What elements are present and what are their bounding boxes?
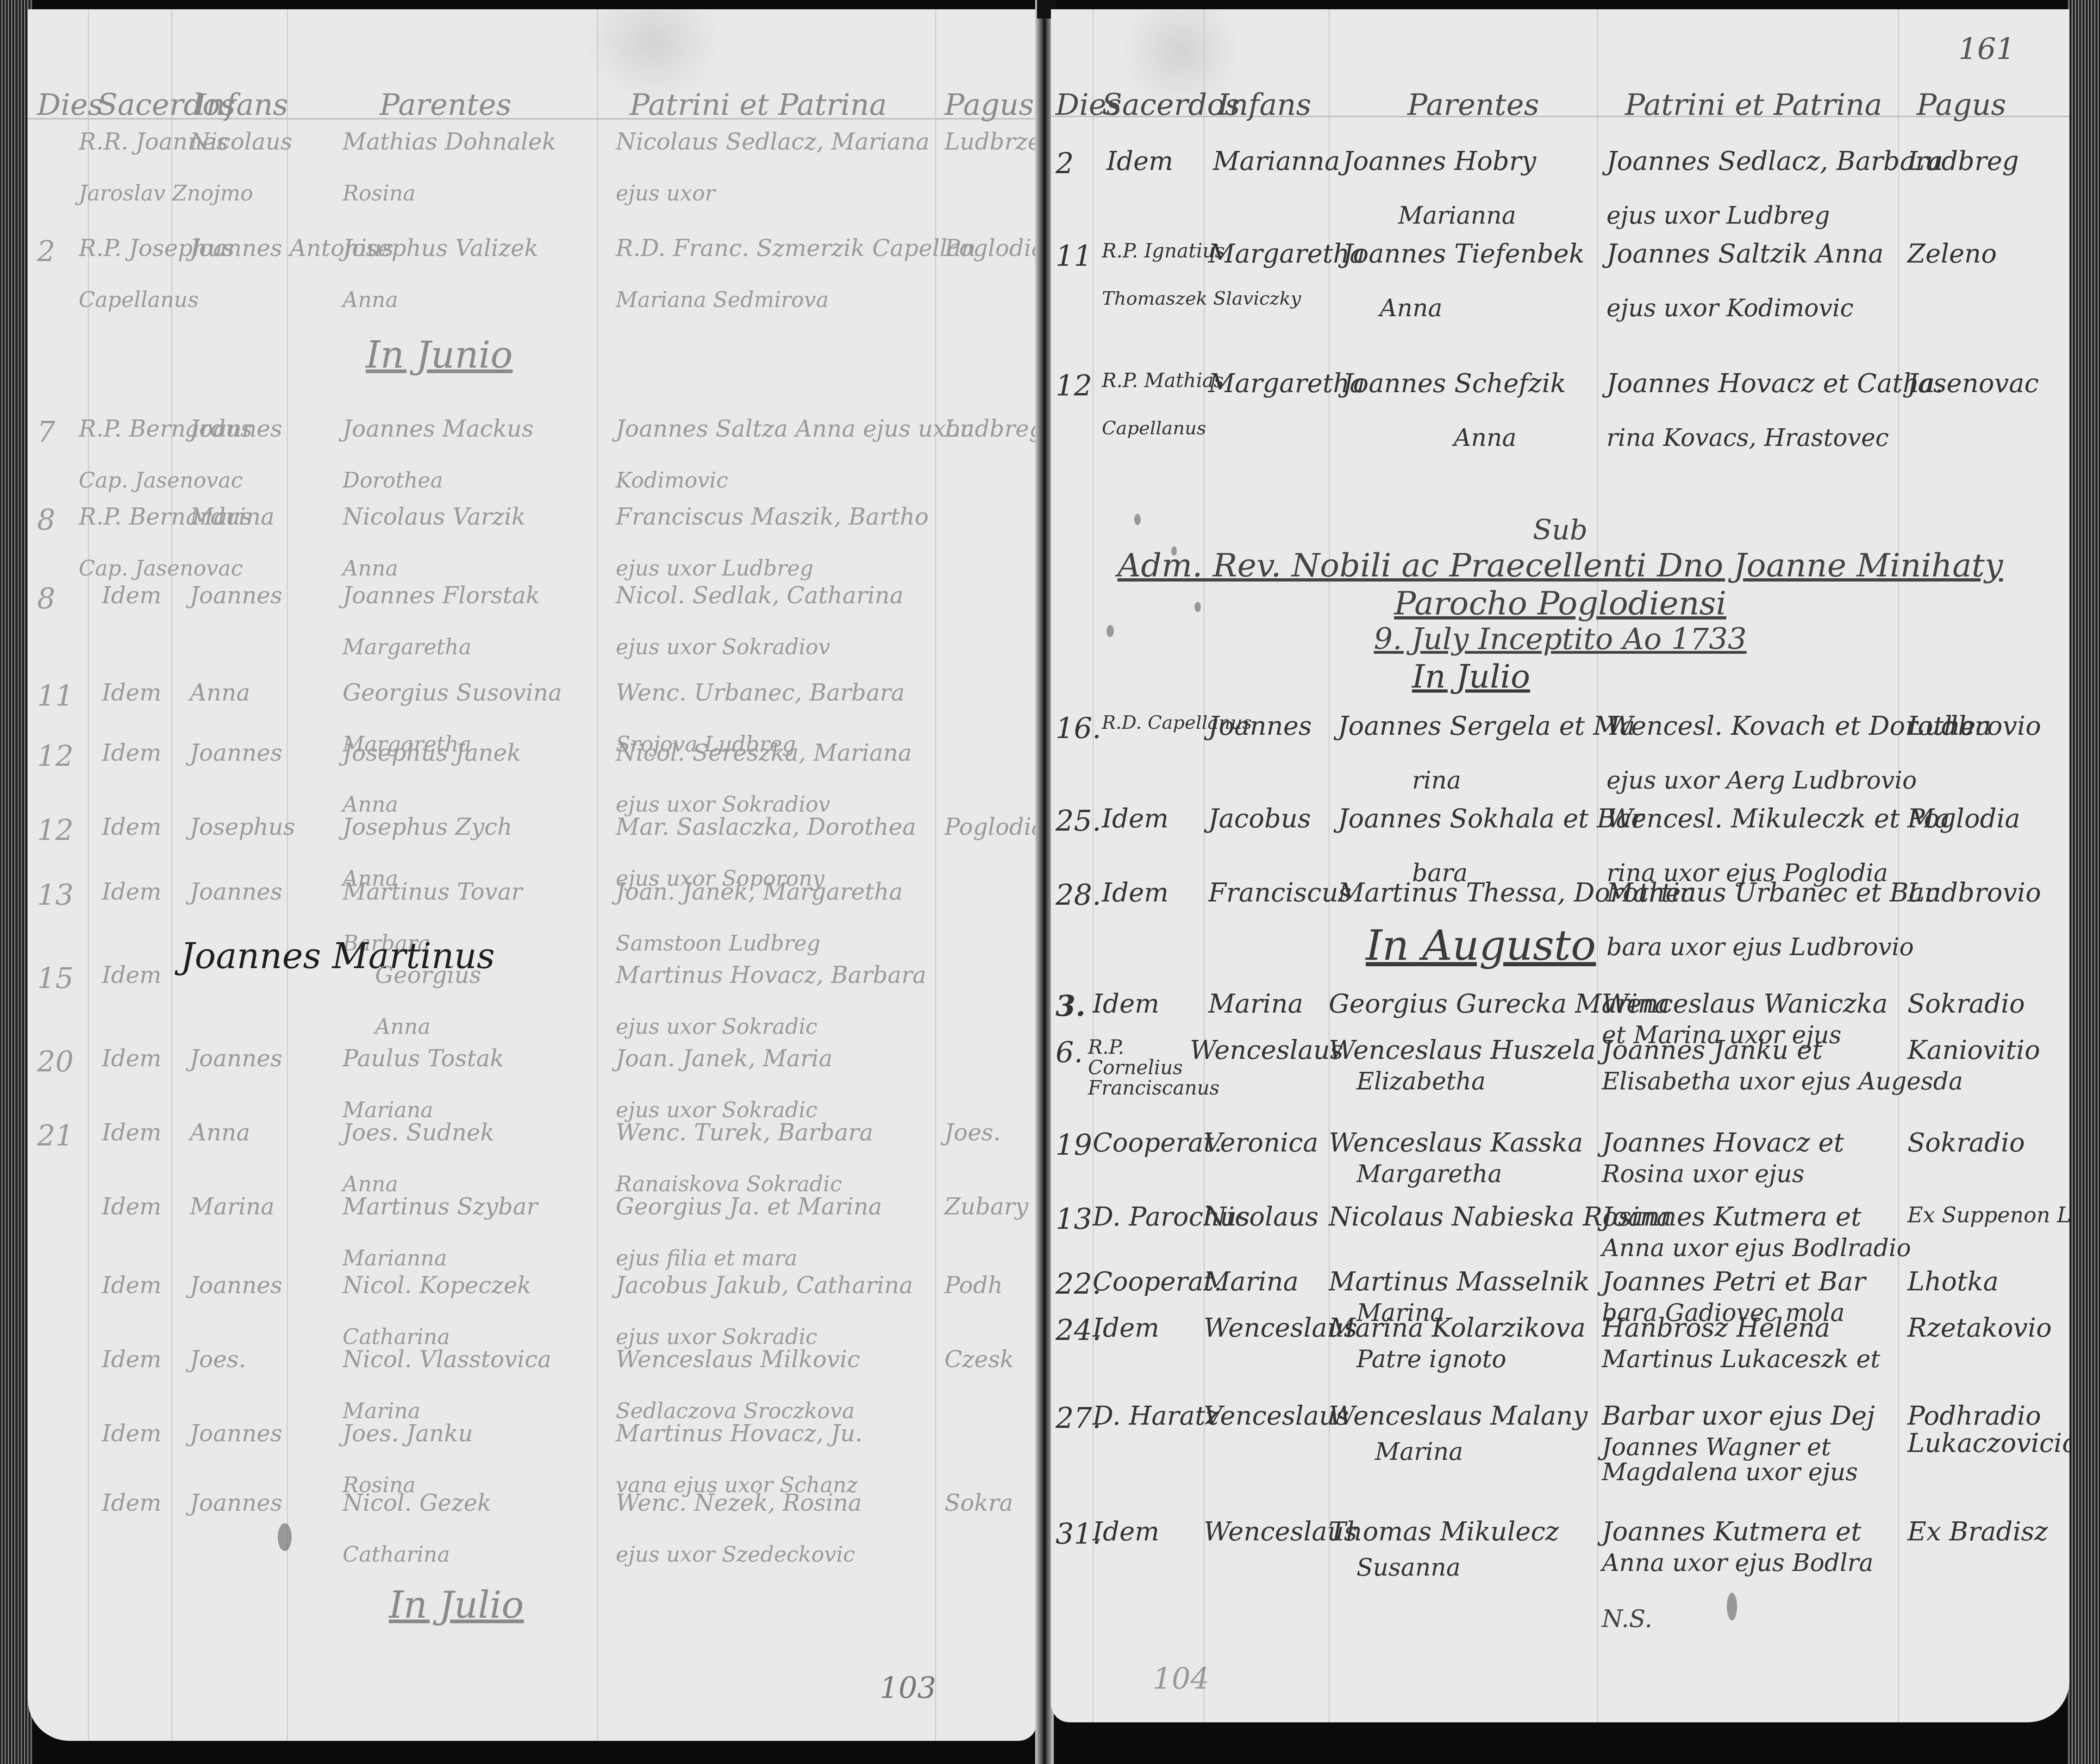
priest: Idem bbox=[102, 1046, 162, 1071]
village: Ludbreg bbox=[1907, 148, 2019, 175]
sponsors: Joannes Saltzik Annaejus uxor Kodimovic bbox=[1606, 241, 1884, 321]
priest: Idem bbox=[102, 681, 162, 705]
priest: Idem bbox=[102, 1195, 162, 1219]
priest: Idem bbox=[102, 963, 162, 988]
infant-name: Joannes bbox=[190, 583, 282, 608]
sponsors: Joannes Sedlacz, Barbaraejus uxor Ludbre… bbox=[1606, 148, 1943, 228]
day: 28. bbox=[1056, 880, 1101, 910]
priest: Cooperat. bbox=[1093, 1269, 1222, 1296]
day: 8 bbox=[37, 583, 55, 613]
parents: Joannes MackusDorothea bbox=[343, 417, 534, 491]
parents: Joannes Sokhala et Barbara bbox=[1338, 806, 1644, 886]
parents: Joes. SudnekAnna bbox=[343, 1120, 494, 1195]
register-spread: Dies Sacerdos Infans Parentes Patrini et… bbox=[0, 0, 2100, 1764]
priest: R.P. Cornelius Franciscanus bbox=[1088, 1037, 1181, 1098]
infant-name: Joannes bbox=[190, 1273, 282, 1298]
sponsors: Martinus Hovacz, Barbaraejus uxor Sokrad… bbox=[616, 963, 926, 1038]
day: 12 bbox=[1056, 370, 1092, 400]
page-number: 161 bbox=[1958, 32, 2015, 67]
priest: Idem bbox=[102, 583, 162, 608]
day: 15 bbox=[37, 963, 74, 993]
day: 25. bbox=[1056, 806, 1101, 836]
parents: Joannes HobryMarianna bbox=[1343, 148, 1536, 228]
notice-line-date: 9. July Inceptito Ao 1733 bbox=[1079, 622, 2042, 657]
priest: D. Haratz bbox=[1093, 1403, 1219, 1430]
day: 19 bbox=[1056, 1130, 1092, 1160]
sponsors: Joannes Kutmera etAnna uxor ejus Bodlra bbox=[1602, 1519, 1873, 1576]
priest: Idem bbox=[102, 1491, 162, 1515]
priest: Idem bbox=[102, 1421, 162, 1446]
infant-name: Jacobus bbox=[1208, 806, 1311, 833]
village: Sokradio bbox=[1907, 991, 2025, 1018]
parents: Joes. JankuRosina bbox=[343, 1421, 473, 1496]
priest: Cooperat. bbox=[1093, 1130, 1222, 1157]
infant-name: Joannes bbox=[1208, 713, 1312, 740]
month-heading: In Julio bbox=[389, 1583, 524, 1626]
day: 2 bbox=[1056, 148, 1074, 178]
infant-name: Margaretha bbox=[1208, 370, 1365, 398]
sponsors: Wenc. Turek, BarbaraRanaiskova Sokradic bbox=[616, 1120, 873, 1195]
village: Ludbreg bbox=[944, 417, 1037, 441]
village: Poglodia bbox=[944, 815, 1037, 839]
col-header-pagus: Pagus bbox=[1917, 88, 2006, 122]
day: 7 bbox=[37, 417, 55, 447]
infant-name: Marina bbox=[1204, 1269, 1299, 1296]
priest: Idem bbox=[102, 741, 162, 765]
parents: Martinus SzybarMarianna bbox=[343, 1195, 538, 1269]
trailing-mark: N.S. bbox=[1602, 1607, 1652, 1632]
village: Ludbrovio bbox=[1907, 713, 2041, 740]
sponsors: Georgius Ja. et Marinaejus filia et mara bbox=[616, 1195, 882, 1269]
priest: Idem bbox=[102, 880, 162, 904]
parents: Wenceslaus MalanyMarina bbox=[1329, 1403, 1587, 1464]
parents: Marina KolarzikovaPatre ignoto bbox=[1329, 1315, 1586, 1372]
month-heading: In Junio bbox=[366, 333, 512, 376]
village: Lhotka bbox=[1907, 1269, 1999, 1296]
day: 21 bbox=[37, 1120, 74, 1151]
col-header-patrini: Patrini et Patrina bbox=[1625, 88, 1882, 122]
day: 3. bbox=[1056, 991, 1086, 1021]
priest: Idem bbox=[1102, 806, 1169, 833]
day: 8 bbox=[37, 505, 55, 535]
infant-name: Joannes bbox=[190, 1421, 282, 1446]
parents: Josephus ValizekAnna bbox=[343, 236, 538, 311]
month-heading-augusto: In Augusto bbox=[1366, 921, 1596, 970]
sponsors: Nicol. Sedlak, Catharinaejus uxor Sokrad… bbox=[616, 583, 903, 658]
infant-name: Marina bbox=[190, 1195, 275, 1219]
infant-name: Joannes bbox=[190, 880, 282, 904]
priest: Idem bbox=[1093, 991, 1159, 1018]
infant-name: Joannes bbox=[190, 1491, 282, 1515]
infant-name: Marina bbox=[1208, 991, 1303, 1018]
sponsors: Nicolaus Sedlacz, Marianaejus uxor bbox=[616, 130, 930, 204]
parents: Mathias DohnalekRosina bbox=[343, 130, 556, 204]
village: Kaniovitio bbox=[1907, 1037, 2040, 1064]
sponsors: Jacobus Jakub, Catharinaejus uxor Sokrad… bbox=[616, 1273, 913, 1348]
month-heading-julio: In Julio bbox=[1412, 657, 1530, 695]
parents: Nicolaus VarzikAnna bbox=[343, 505, 525, 579]
parents: Paulus TostakMariana bbox=[343, 1046, 504, 1121]
parents: Nicol. GezekCatharina bbox=[343, 1491, 491, 1565]
footer-page-number: 104 bbox=[1153, 1662, 1209, 1696]
village: Ludbrovio bbox=[1907, 880, 2041, 907]
infant-name: Nicolaus bbox=[1204, 1204, 1319, 1231]
village: Poglodia bbox=[1907, 806, 2020, 833]
col-header-patrini: Patrini et Patrina bbox=[630, 88, 887, 122]
village: Poglodia bbox=[944, 236, 1037, 261]
priest: Idem bbox=[102, 1273, 162, 1298]
infant-name: Franciscus bbox=[1208, 880, 1351, 907]
column-rule bbox=[1093, 9, 1094, 1722]
sponsors: Joannes Saltza Anna ejus uxorKodimovic bbox=[616, 417, 971, 491]
notice-block: Sub Adm. Rev. Nobili ac Praecellenti Dno… bbox=[1079, 514, 2042, 657]
village: Joes. bbox=[944, 1120, 1000, 1145]
parents: Joannes Sergela et Marina bbox=[1338, 713, 1635, 793]
col-header-infans: Infans bbox=[194, 88, 288, 122]
sponsors: Wenceslaus MilkovicSedlaczova Sroczkova bbox=[616, 1347, 860, 1422]
day: 11 bbox=[1056, 241, 1092, 271]
parents: Joannes FlorstakMargaretha bbox=[343, 583, 540, 658]
sponsors: Martinus Hovacz, Ju.vana ejus uxor Schan… bbox=[616, 1421, 862, 1496]
sponsors: R.D. Franc. Szmerzik CapellanMariana Sed… bbox=[616, 236, 976, 311]
village: Podhradio Lukaczovicio bbox=[1907, 1403, 2023, 1457]
sponsors: Wenc. Nezek, Rosinaejus uxor Szedeckovic bbox=[616, 1491, 862, 1565]
column-rule bbox=[597, 9, 598, 1741]
village: Jasenovac bbox=[1907, 370, 2039, 398]
ink-blot bbox=[278, 1523, 292, 1551]
ink-blot bbox=[1727, 1593, 1737, 1620]
day: 13 bbox=[1056, 1204, 1092, 1234]
notice-line-sub: Sub bbox=[1079, 514, 2042, 546]
day: 2 bbox=[37, 236, 55, 266]
village: Sokradio bbox=[1907, 1130, 2025, 1157]
sponsors: Joannes Hovacz etRosina uxor ejus bbox=[1602, 1130, 1844, 1187]
infant-name: Wenceslaus bbox=[1190, 1037, 1344, 1064]
infant-name: Marianna bbox=[1213, 148, 1340, 175]
col-header-pagus: Pagus bbox=[944, 88, 1034, 122]
priest: Idem bbox=[102, 1120, 162, 1145]
right-page: 161 Dies Sacerdos Infans Parentes Patrin… bbox=[1051, 9, 2069, 1722]
col-header-parentes: Parentes bbox=[1407, 88, 1539, 122]
sponsors: Joan. Janek, Mariaejus uxor Sokradic bbox=[616, 1046, 832, 1121]
priest: Idem bbox=[1093, 1519, 1159, 1546]
day: 11 bbox=[37, 681, 74, 711]
parents: Nicol. VlasstovicaMarina bbox=[343, 1347, 551, 1422]
village: Ex Bradisz bbox=[1907, 1519, 2048, 1546]
village: Rzetakovio bbox=[1907, 1315, 2052, 1342]
infant-name: Nicolaus bbox=[190, 130, 293, 154]
infant-name: Anna bbox=[190, 681, 250, 705]
sponsors: Nicol. Sereszka, Marianaejus uxor Sokrad… bbox=[616, 741, 912, 815]
col-header-dies: Dies bbox=[37, 88, 103, 122]
village: Ex Suppenon Lhotka bbox=[1907, 1204, 2069, 1226]
col-header-infans: Infans bbox=[1218, 88, 1311, 122]
village: Ludbrzeg bbox=[944, 130, 1037, 154]
infant-name: Joannes bbox=[190, 741, 282, 765]
column-rule bbox=[287, 9, 288, 1741]
village: Podh bbox=[944, 1273, 1003, 1298]
parents: Josephus JanekAnna bbox=[343, 741, 521, 815]
priest: Idem bbox=[1102, 880, 1169, 907]
sponsors: Barbar uxor ejus DejJoannes Wagner et Ma… bbox=[1602, 1403, 1889, 1485]
priest: Idem bbox=[1106, 148, 1173, 175]
sponsors: Joannes Kutmera etAnna uxor ejus Bodlrad… bbox=[1602, 1204, 1911, 1261]
infant-name: Joes. bbox=[190, 1347, 246, 1372]
village: Zeleno bbox=[1907, 241, 1997, 268]
parents: Joannes TiefenbekAnna bbox=[1343, 241, 1585, 321]
parents: Wenceslaus HuszelaElizabetha bbox=[1329, 1037, 1596, 1094]
book-edge-right bbox=[2068, 0, 2100, 1764]
sponsors: Hanbrosz HelenaMartinus Lukaceszk et bbox=[1602, 1315, 1880, 1372]
infant-name: Anna bbox=[190, 1120, 250, 1145]
day: 16. bbox=[1056, 713, 1101, 743]
sponsors: Joan. Janek, MargarethaSamstoon Ludbreg bbox=[616, 880, 903, 954]
village: Czesk bbox=[944, 1347, 1014, 1372]
infant-name: Josephus bbox=[190, 815, 295, 839]
priest: R.P. MathiasCapellanus bbox=[1102, 370, 1224, 438]
parents: Thomas MikuleczSusanna bbox=[1329, 1519, 1559, 1580]
priest: Idem bbox=[102, 815, 162, 839]
sponsors: Martinus Urbanec et Barbara uxor ejus Lu… bbox=[1606, 880, 1937, 960]
sponsors: Wencesl. Mikuleczk et Marina uxor ejus P… bbox=[1606, 806, 1950, 886]
priest: Idem bbox=[102, 1347, 162, 1372]
parents: Wenceslaus KasskaMargaretha bbox=[1329, 1130, 1583, 1187]
priest: Idem bbox=[1093, 1315, 1159, 1342]
sponsors: Joannes Hovacz et Catha.rina Kovacs, Hra… bbox=[1606, 370, 1943, 450]
day: 13 bbox=[37, 880, 74, 910]
sponsors: Franciscus Maszik, Barthoejus uxor Ludbr… bbox=[616, 505, 929, 579]
infant-name: Marina bbox=[190, 505, 275, 529]
col-header-parentes: Parentes bbox=[380, 88, 511, 122]
day: 12 bbox=[37, 741, 74, 771]
notice-line-parish-priest: Adm. Rev. Nobili ac Praecellenti Dno Joa… bbox=[1079, 546, 2042, 622]
day: 20 bbox=[37, 1046, 74, 1076]
village: Zubary bbox=[944, 1195, 1028, 1219]
infant-name: Margaretha bbox=[1208, 241, 1365, 268]
village: Sokra bbox=[944, 1491, 1013, 1515]
left-page: Dies Sacerdos Infans Parentes Patrini et… bbox=[28, 9, 1037, 1741]
infant-name: Venceslaus bbox=[1204, 1403, 1349, 1430]
day: 6. bbox=[1056, 1037, 1083, 1067]
infant-name: Joannes bbox=[190, 1046, 282, 1071]
day: 12 bbox=[37, 815, 74, 845]
parents: Nicol. KopeczekCatharina bbox=[343, 1273, 531, 1348]
infant-name: Veronica bbox=[1204, 1130, 1319, 1157]
parents: GeorgiusAnna bbox=[375, 963, 481, 1038]
infant-name: Joannes bbox=[190, 417, 282, 441]
footer-page-number: 103 bbox=[880, 1671, 936, 1706]
parents: Joannes SchefzikAnna bbox=[1343, 370, 1566, 450]
